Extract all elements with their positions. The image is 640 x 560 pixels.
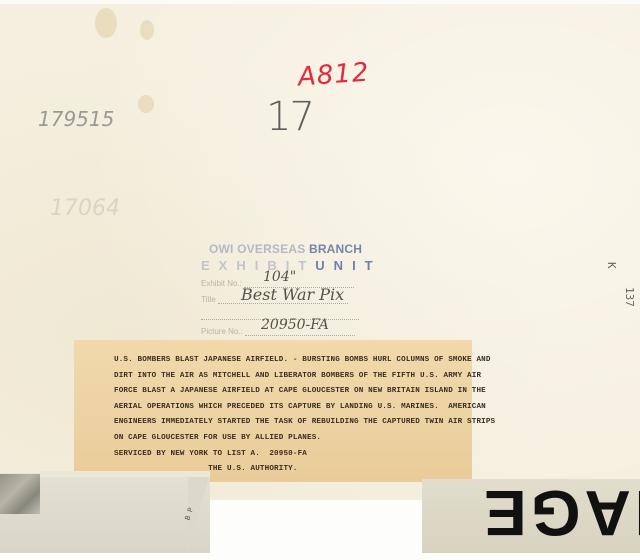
side-mark-letter: K <box>605 262 618 269</box>
pencil-number-faint: 17064 <box>50 196 120 221</box>
pencil-number-large: 17 <box>266 94 313 140</box>
pencil-number-left: 179515 <box>38 107 114 131</box>
stain <box>95 8 117 38</box>
stamp-heading: OWI OVERSEAS BRANCH <box>209 242 362 256</box>
caption-text: U.S. BOMBERS BLAST JAPANESE AIRFIELD. - … <box>114 353 444 478</box>
newspaper-clipping-fragment <box>0 474 40 514</box>
typed-caption-slip: U.S. BOMBERS BLAST JAPANESE AIRFIELD. - … <box>74 340 472 482</box>
red-catalog-code: A812 <box>297 58 370 93</box>
stamp-picture-value: 20950-FA <box>261 317 329 333</box>
side-mark-number: 137 <box>623 287 636 307</box>
tape-strip <box>40 471 210 477</box>
newspaper-headline-fragment: IMAGE <box>480 481 640 545</box>
stain <box>140 20 154 40</box>
owi-exhibit-stamp: OWI OVERSEAS BRANCH EXHIBITUNIT Exhibit … <box>197 239 367 329</box>
stamp-exhibit-value: 104" <box>263 269 296 285</box>
stamp-title-value: Best War Pix <box>241 285 344 304</box>
top-edge <box>0 0 640 4</box>
stain <box>138 95 154 113</box>
bottom-edge <box>0 553 640 560</box>
exposed-mount <box>210 500 432 560</box>
